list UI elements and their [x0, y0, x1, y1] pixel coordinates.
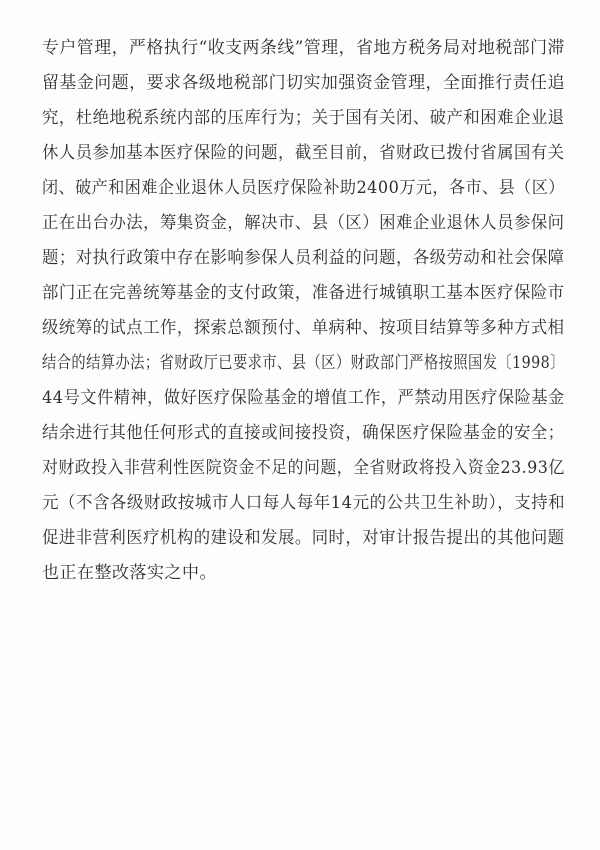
paragraph-line-text: 对财政投入非营利性医院资金不足的问题，全省财政将投入资金23.93亿 [42, 451, 565, 486]
paragraph-line: 闭、破产和困难企业退休人员医疗保险补助2400万元，各市、县（区） [42, 171, 565, 206]
paragraph-line: 正在出台办法，筹集资金，解决市、县（区）困难企业退休人员参保问 [42, 206, 565, 241]
paragraph-line-last: 也正在整改落实之中。 [42, 556, 565, 591]
paragraph-line: 促进非营利医疗机构的建设和发展。同时，对审计报告提出的其他问题 [42, 521, 565, 556]
document-page: 专户管理，严格执行“收支两条线”管理，省地方税务局对地税部门滞 留基金问题，要求… [0, 0, 600, 850]
paragraph-line-text: 级统筹的试点工作，探索总额预付、单病种、按项目结算等多种方式相 [42, 311, 565, 346]
paragraph-line-text: 结合的结算办法；省财政厅已要求市、县（区）财政部门严格按照国发〔1998〕 [42, 346, 565, 381]
paragraph-line-text: 促进非营利医疗机构的建设和发展。同时，对审计报告提出的其他问题 [42, 521, 565, 556]
paragraph-line-text: 休人员参加基本医疗保险的问题，截至目前，省财政已拨付省属国有关 [42, 136, 565, 171]
paragraph-line: 结余进行其他任何形式的直接或间接投资，确保医疗保险基金的安全； [42, 416, 565, 451]
paragraph-line-text: 结余进行其他任何形式的直接或间接投资，确保医疗保险基金的安全； [42, 416, 565, 451]
paragraph-line-text: 专户管理，严格执行“收支两条线”管理，省地方税务局对地税部门滞 [42, 31, 565, 66]
paragraph-line: 部门正在完善统筹基金的支付政策，准备进行城镇职工基本医疗保险市 [42, 276, 565, 311]
paragraph-line-text: 元（不含各级财政按城市人口每人每年14元的公共卫生补助），支持和 [42, 486, 565, 521]
paragraph-line: 44号文件精神，做好医疗保险基金的增值工作，严禁动用医疗保险基金 [42, 381, 565, 416]
paragraph-line-text: 正在出台办法，筹集资金，解决市、县（区）困难企业退休人员参保问 [42, 206, 565, 241]
paragraph-line: 级统筹的试点工作，探索总额预付、单病种、按项目结算等多种方式相 [42, 311, 565, 346]
paragraph-line-text: 究，杜绝地税系统内部的压库行为；关于国有关闭、破产和困难企业退 [42, 101, 565, 136]
paragraph-line-text: 44号文件精神，做好医疗保险基金的增值工作，严禁动用医疗保险基金 [42, 381, 565, 416]
paragraph-line: 究，杜绝地税系统内部的压库行为；关于国有关闭、破产和困难企业退 [42, 101, 565, 136]
paragraph-line: 休人员参加基本医疗保险的问题，截至目前，省财政已拨付省属国有关 [42, 136, 565, 171]
paragraph-line: 结合的结算办法；省财政厅已要求市、县（区）财政部门严格按照国发〔1998〕 [42, 346, 565, 381]
paragraph-line-text: 部门正在完善统筹基金的支付政策，准备进行城镇职工基本医疗保险市 [42, 276, 565, 311]
paragraph-line-text: 也正在整改落实之中。 [42, 556, 217, 591]
paragraph-line-text: 题；对执行政策中存在影响参保人员利益的问题，各级劳动和社会保障 [42, 241, 565, 276]
paragraph-line: 元（不含各级财政按城市人口每人每年14元的公共卫生补助），支持和 [42, 486, 565, 521]
paragraph-line: 对财政投入非营利性医院资金不足的问题，全省财政将投入资金23.93亿 [42, 451, 565, 486]
paragraph-line: 题；对执行政策中存在影响参保人员利益的问题，各级劳动和社会保障 [42, 241, 565, 276]
paragraph-line-text: 留基金问题，要求各级地税部门切实加强资金管理，全面推行责任追 [42, 66, 565, 101]
paragraph-line: 留基金问题，要求各级地税部门切实加强资金管理，全面推行责任追 [42, 66, 565, 101]
paragraph-line-text: 闭、破产和困难企业退休人员医疗保险补助2400万元，各市、县（区） [42, 171, 565, 206]
paragraph-line: 专户管理，严格执行“收支两条线”管理，省地方税务局对地税部门滞 [42, 31, 565, 66]
report-paragraph: 专户管理，严格执行“收支两条线”管理，省地方税务局对地税部门滞 留基金问题，要求… [42, 31, 565, 591]
